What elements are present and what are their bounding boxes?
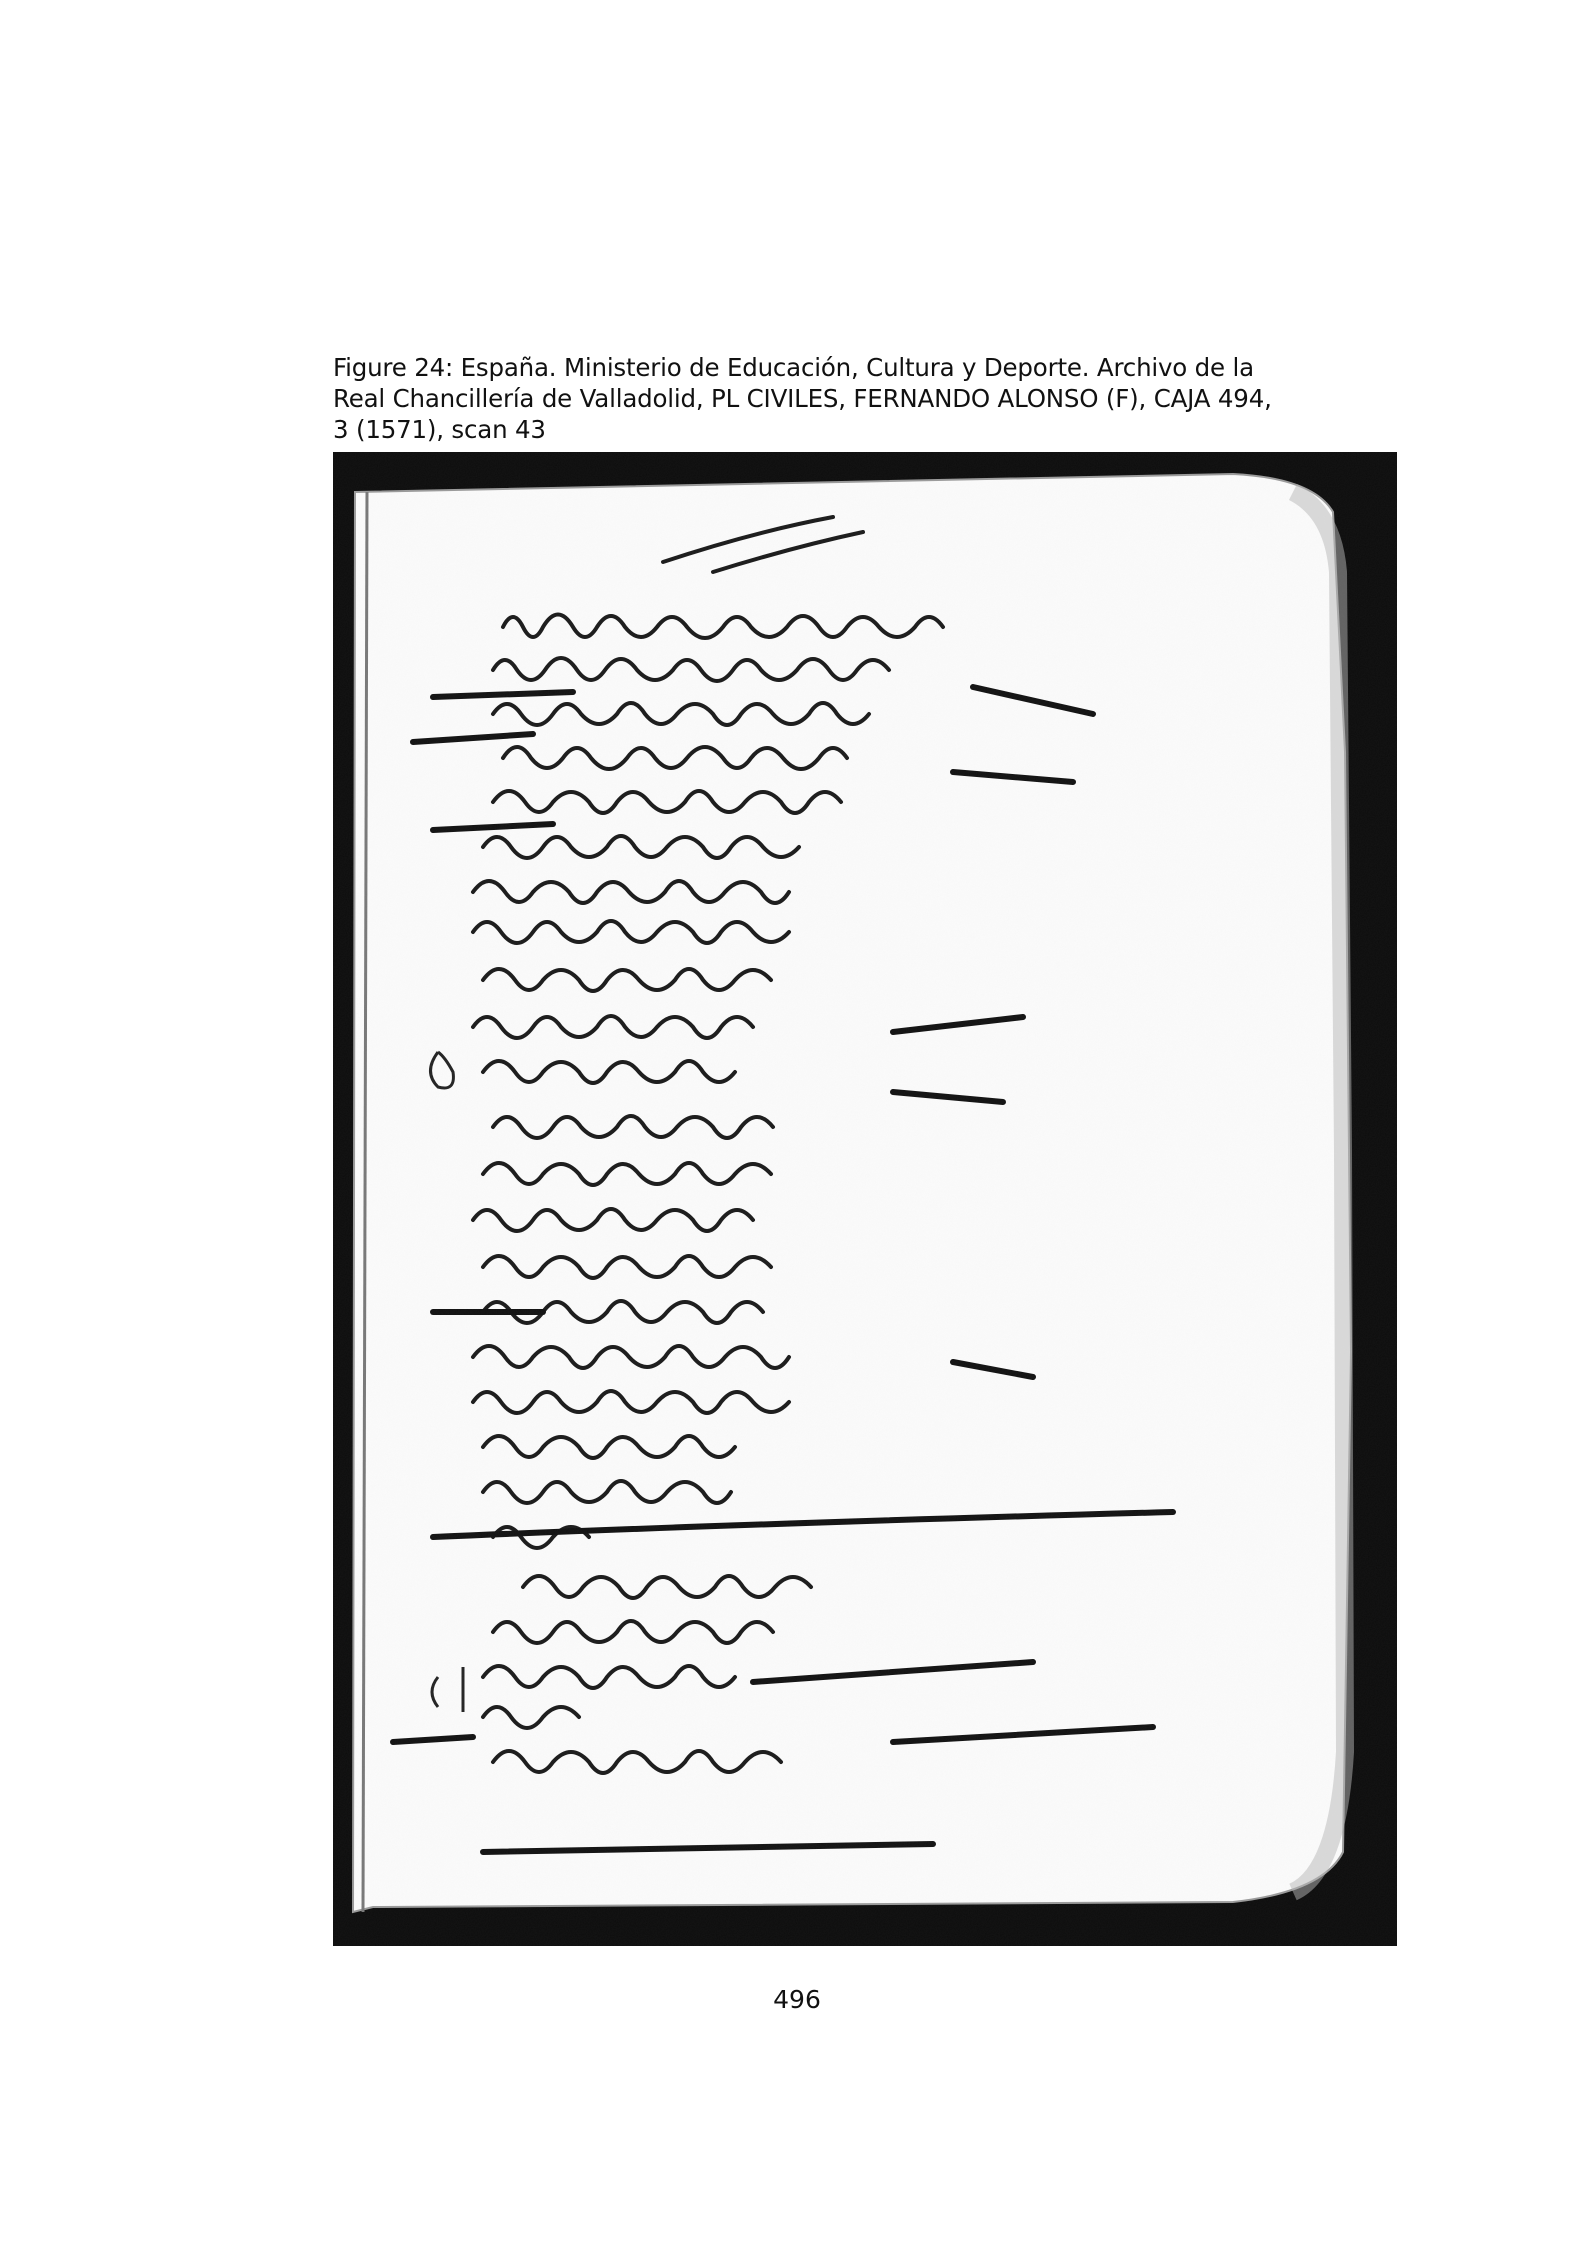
manuscript-illustration: [333, 452, 1397, 1946]
figure-caption: Figure 24: España. Ministerio de Educaci…: [333, 352, 1283, 445]
manuscript-scan-image: [333, 452, 1397, 1946]
page-number: 496: [0, 1985, 1594, 2014]
figure-label: Figure 24:: [333, 353, 453, 382]
figure-caption-text: España. Ministerio de Educación, Cultura…: [333, 353, 1272, 444]
